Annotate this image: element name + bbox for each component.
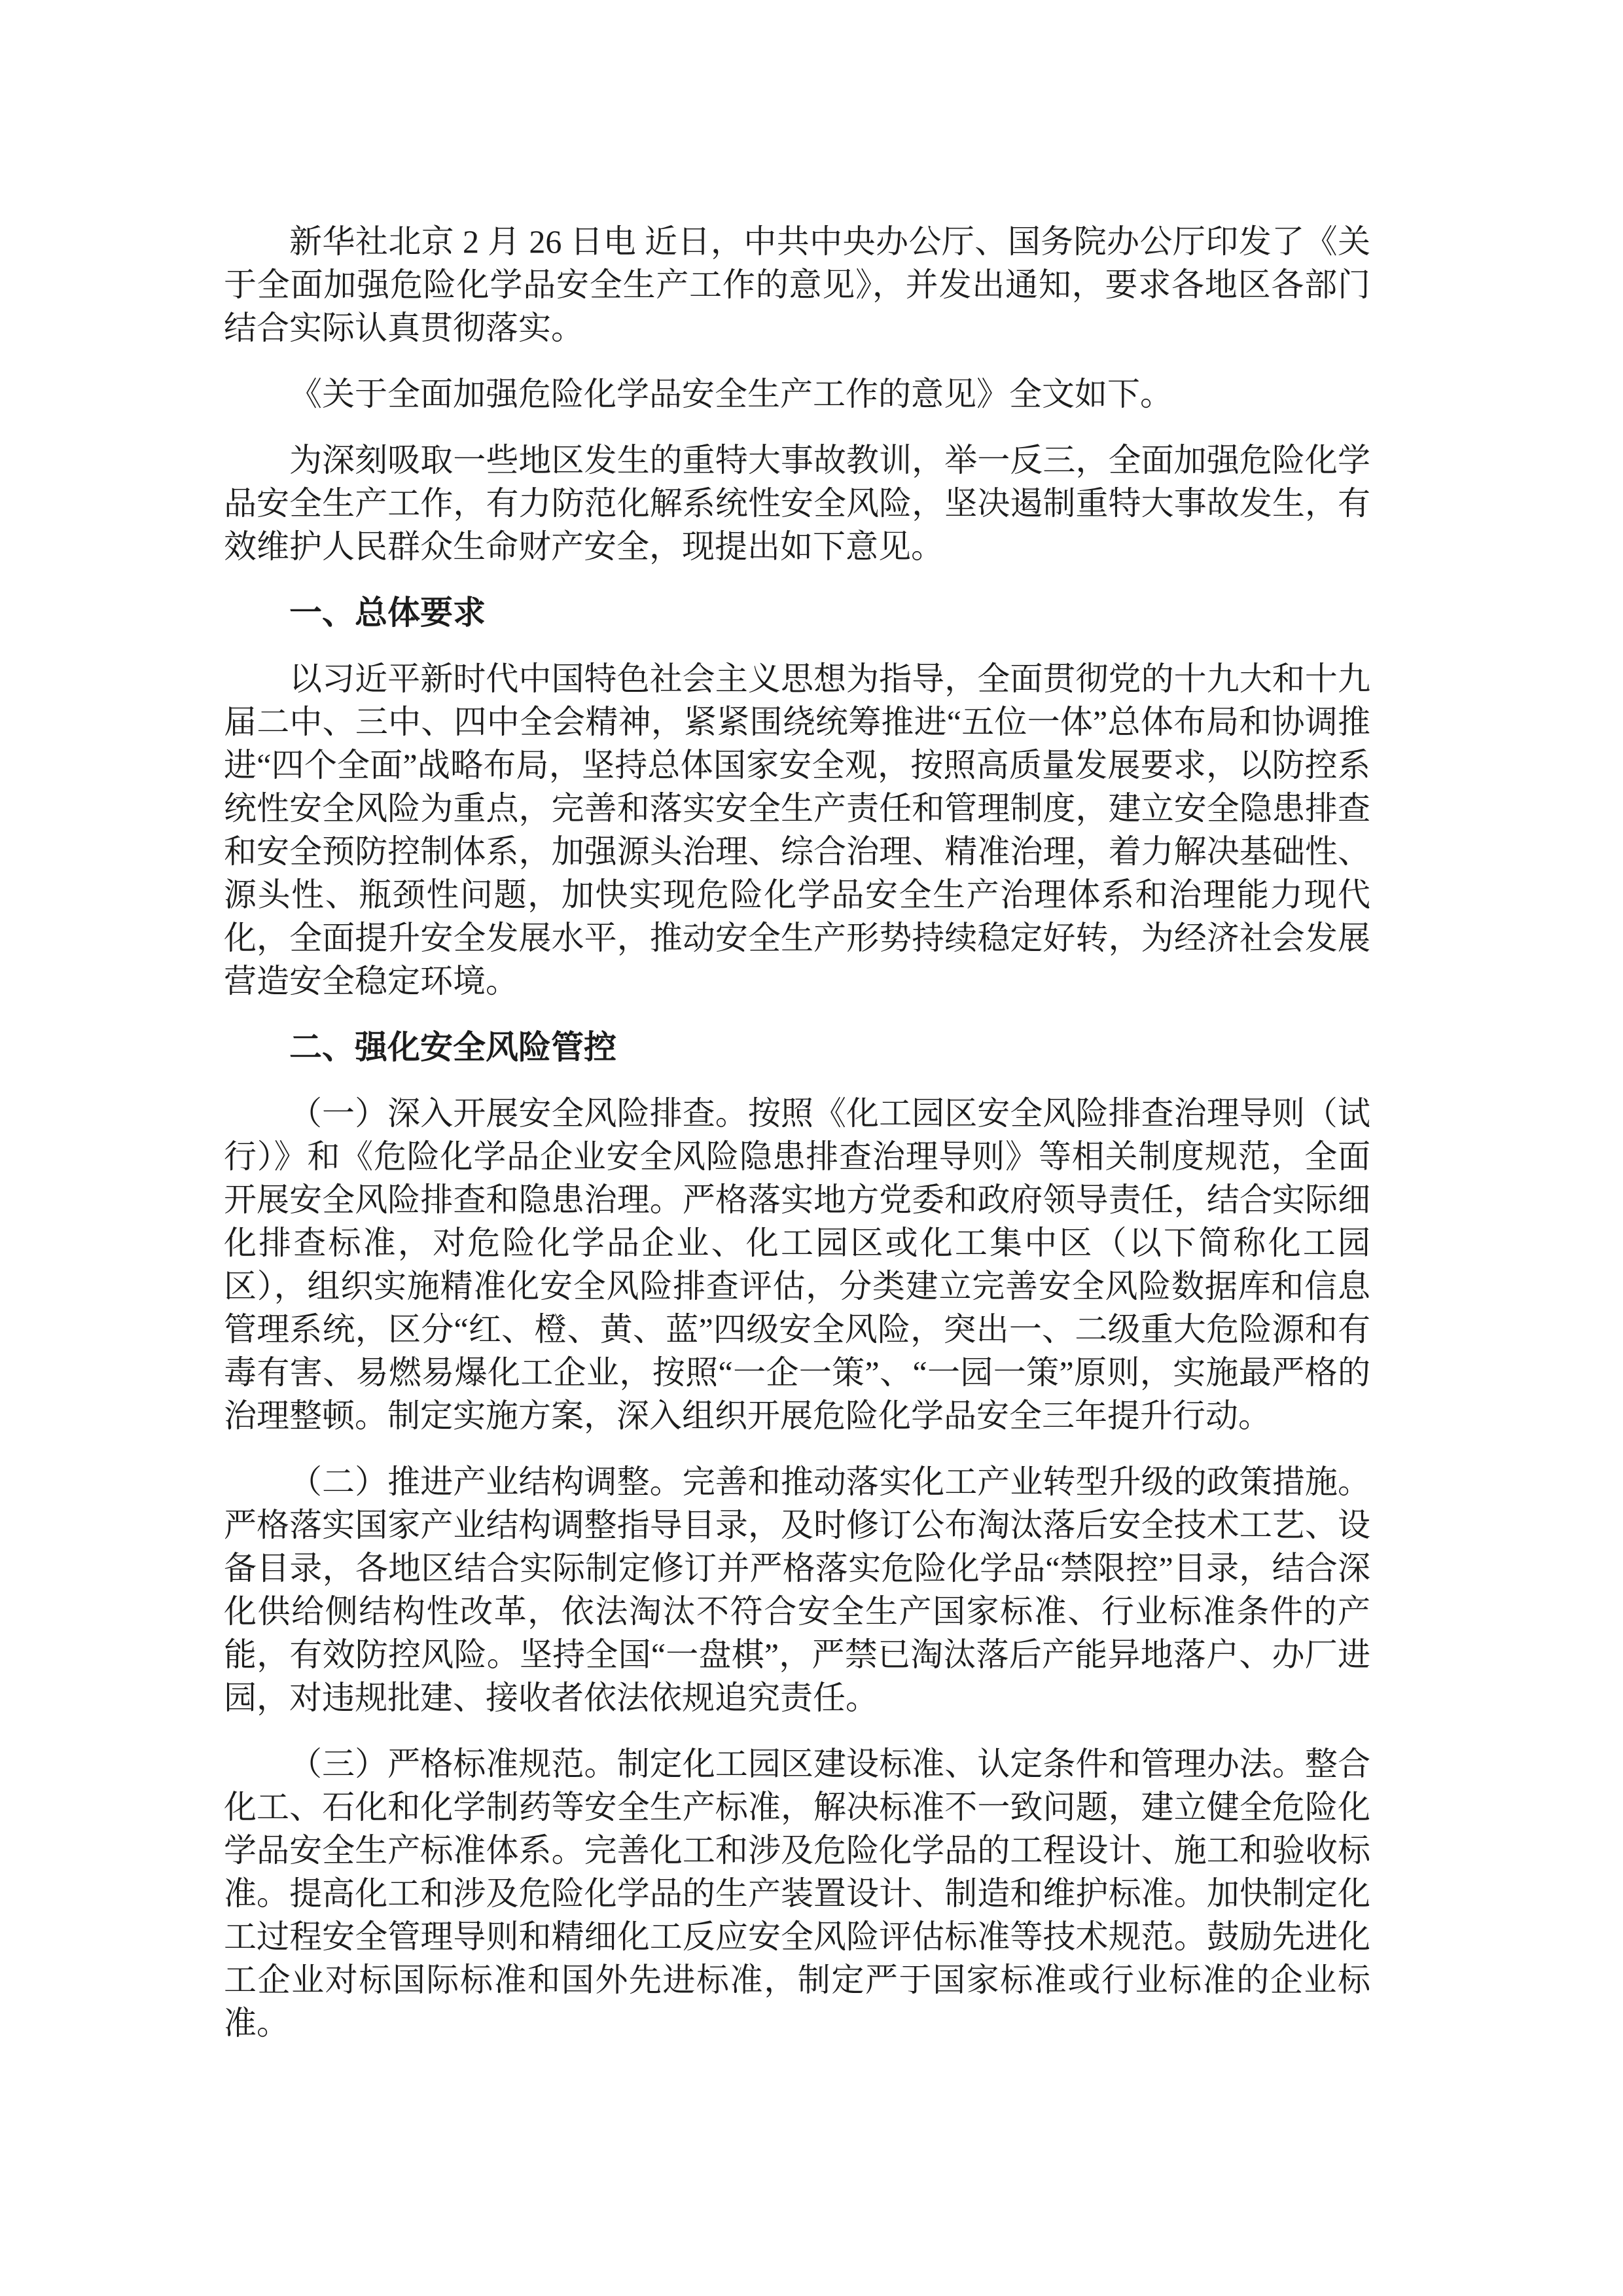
- document-page: 新华社北京 2 月 26 日电 近日，中共中央办公厅、国务院办公厅印发了《关于全…: [0, 0, 1623, 2296]
- paragraph: 《关于全面加强危险化学品安全生产工作的意见》全文如下。: [224, 372, 1370, 416]
- paragraph: 新华社北京 2 月 26 日电 近日，中共中央办公厅、国务院办公厅印发了《关于全…: [224, 220, 1370, 350]
- paragraph: （二）推进产业结构调整。完善和推动落实化工产业转型升级的政策措施。严格落实国家产…: [224, 1460, 1370, 1719]
- paragraph: 以习近平新时代中国特色社会主义思想为指导，全面贯彻党的十九大和十九届二中、三中、…: [224, 657, 1370, 1003]
- paragraph: （三）严格标准规范。制定化工园区建设标准、认定条件和管理办法。整合化工、石化和化…: [224, 1742, 1370, 2045]
- paragraph: 为深刻吸取一些地区发生的重特大事故教训，举一反三，全面加强危险化学品安全生产工作…: [224, 439, 1370, 568]
- section-heading: 一、总体要求: [224, 591, 1370, 634]
- section-heading: 二、强化安全风险管控: [224, 1026, 1370, 1069]
- paragraph: （一）深入开展安全风险排查。按照《化工园区安全风险排查治理导则（试行）》和《危险…: [224, 1092, 1370, 1437]
- document-body: 新华社北京 2 月 26 日电 近日，中共中央办公厅、国务院办公厅印发了《关于全…: [224, 220, 1370, 2068]
